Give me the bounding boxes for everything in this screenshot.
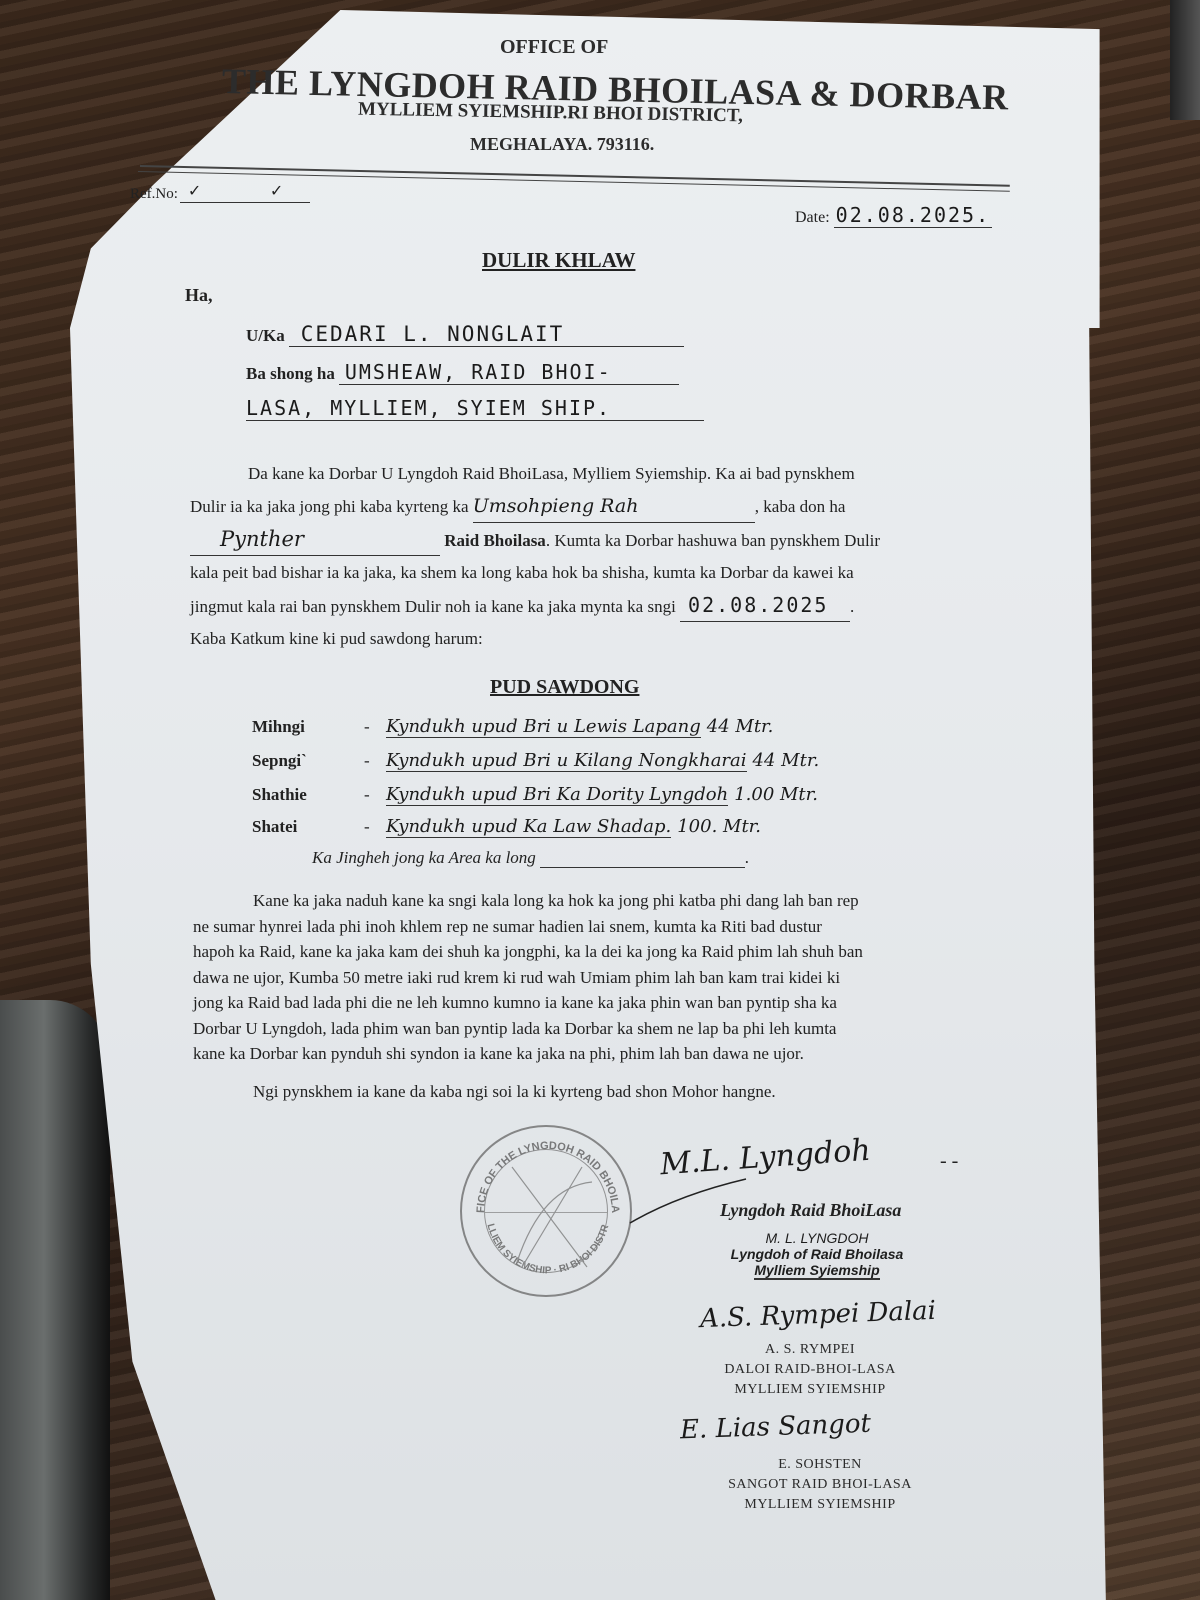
stamp-line: MYLLIEM SYIEMSHIP (710, 1495, 930, 1515)
raid-name: Raid Bhoilasa (444, 531, 546, 550)
para1-line3-text: . Kumta ka Dorbar hashuwa ban pynskhem D… (546, 531, 880, 550)
date: Date: 02.08.2025. (795, 203, 992, 227)
area-row: Ka Jingheh jong ka Area ka long . (312, 848, 749, 868)
closing-statement: Ngi pynskhem ia kane da kaba ngi soi la … (253, 1082, 776, 1102)
boundary-row-shathie: Shathie - Kyndukh upud Bri Ka Dority Lyn… (252, 784, 1032, 806)
boundary-direction: Shatei (252, 817, 364, 837)
para2-line: jong ka Raid bad lada phi die ne leh kum… (193, 990, 953, 1016)
ref-number: Ref.No:✓✓ (130, 186, 310, 203)
recipient-address-row2: LASA, MYLLIEM, SYIEM SHIP. (246, 396, 704, 421)
letterhead-office-of: OFFICE OF (500, 36, 608, 59)
para1-line2: Dulir ia ka jaka jong phi kaba kyrteng k… (190, 490, 935, 523)
para1-line6: Kaba Katkum kine ki pud sawdong harum: (190, 623, 935, 655)
boundary-direction: Mihngi (252, 717, 364, 737)
letterhead-address-line2: MEGHALAYA. 793116. (470, 134, 654, 155)
ref-field: ✓✓ (180, 189, 310, 203)
recipient-name-label: U/Ka (246, 326, 285, 345)
stamp-line: Mylliem Syiemship (754, 1262, 879, 1280)
village-value: Pynther (190, 523, 440, 556)
body-paragraph-1: Da kane ka Dorbar U Lyngdoh Raid BhoiLas… (190, 458, 935, 655)
boundary-length: 44 Mtr. (753, 750, 820, 771)
recipient-address-value-line1: UMSHEAW, RAID BHOI- (339, 360, 679, 385)
para2-line: Dorbar U Lyngdoh, lada phim wan ban pynt… (193, 1016, 953, 1042)
stamp-line: SANGOT RAID BHOI-LASA (710, 1475, 930, 1495)
document-title: DULIR KHLAW (482, 248, 635, 273)
boundary-description: Kyndukh upud Bri u Kilang Nongkharai (386, 750, 747, 772)
stamp-line: Lyngdoh of Raid Bhoilasa (722, 1246, 912, 1262)
background-object (0, 1000, 110, 1600)
boundary-direction: Sepngi` (252, 751, 364, 771)
signatory-3-stamp: E. SOHSTEN SANGOT RAID BHOI-LASA MYLLIEM… (710, 1455, 930, 1515)
signature-dash: - - (940, 1150, 958, 1173)
boundary-row-sepngi: Sepngi` - Kyndukh upud Bri u Kilang Nong… (252, 750, 1032, 772)
recipient-address-row: Ba shong ha UMSHEAW, RAID BHOI- (246, 360, 679, 385)
para1-line4: kala peit bad bishar ia ka jaka, ka shem… (190, 557, 935, 589)
svg-text:OFFICE OF THE LYNGDOH RAID BHO: OFFICE OF THE LYNGDOH RAID BHOILASA (462, 1127, 621, 1213)
check-mark-icon: ✓ (188, 181, 201, 200)
date-value: 02.08.2025. (834, 203, 992, 228)
boundaries-title: PUD SAWDONG (490, 676, 639, 699)
boundary-dash: - (364, 717, 386, 737)
area-value (540, 852, 745, 868)
boundary-length: 1.00 Mtr. (734, 784, 818, 805)
boundary-row-mihngi: Mihngi - Kyndukh upud Bri u Lewis Lapang… (252, 716, 1032, 738)
boundary-dash: - (364, 751, 386, 771)
para1-line2-suffix: , kaba don ha (755, 497, 846, 516)
boundary-direction: Shathie (252, 785, 364, 805)
signatory-2-stamp: A. S. RYMPEI DALOI RAID-BHOI-LASA MYLLIE… (700, 1340, 920, 1400)
salutation: Ha, (185, 285, 213, 306)
boundary-dash: - (364, 817, 386, 837)
recipient-address-value-line2: LASA, MYLLIEM, SYIEM SHIP. (246, 396, 704, 421)
body-paragraph-2: Kane ka jaka naduh kane ka sngi kala lon… (193, 888, 953, 1067)
para2-line: hapoh ka Raid, kane ka jaka kam dei shuh… (193, 939, 953, 965)
boundary-dash: - (364, 785, 386, 805)
para1-line1: Da kane ka Dorbar U Lyngdoh Raid BhoiLas… (190, 458, 935, 490)
para1-line5: jingmut kala rai ban pynskhem Dulir noh … (190, 589, 935, 623)
recipient-address-label: Ba shong ha (246, 364, 335, 383)
recipient-name-value: CEDARI L. NONGLAIT (289, 322, 684, 347)
boundary-length: 100. Mtr. (677, 816, 761, 837)
stamp-line: DALOI RAID-BHOI-LASA (700, 1360, 920, 1380)
para2-line: dawa ne ujor, Kumba 50 metre iaki rud kr… (193, 965, 953, 991)
ref-label: Ref.No: (130, 186, 178, 202)
para1-line5-text: jingmut kala rai ban pynskhem Dulir noh … (190, 597, 676, 616)
stamp-line: A. S. RYMPEI (700, 1340, 920, 1360)
para2-line: kane ka Dorbar kan pynduh shi syndon ia … (193, 1041, 953, 1067)
place-name-value: Umsohpieng Rah (473, 490, 755, 523)
stamp-line: E. SOHSTEN (710, 1455, 930, 1475)
boundary-description: Kyndukh upud Bri u Lewis Lapang (386, 716, 701, 738)
check-mark-icon: ✓ (270, 181, 283, 200)
issue-date-value: 02.08.2025 (680, 589, 850, 622)
recipient-name-row: U/Ka CEDARI L. NONGLAIT (246, 322, 684, 347)
para1-line3: Pynther Raid Bhoilasa. Kumta ka Dorbar h… (190, 523, 935, 557)
area-label: Ka Jingheh jong ka Area ka long (312, 848, 536, 867)
date-label: Date: (795, 209, 830, 226)
background-object (1170, 0, 1200, 120)
stamp-line: M. L. LYNGDOH (722, 1230, 912, 1246)
boundary-description: Kyndukh upud Bri Ka Dority Lyngdoh (386, 784, 728, 806)
stamp-line: MYLLIEM SYIEMSHIP (700, 1380, 920, 1400)
para2-line: Kane ka jaka naduh kane ka sngi kala lon… (193, 888, 953, 914)
para2-line: ne sumar hynrei lada phi inoh khlem rep … (193, 914, 953, 940)
official-seal: OFFICE OF THE LYNGDOH RAID BHOILASA MYLL… (460, 1125, 632, 1297)
seal-ring-text: OFFICE OF THE LYNGDOH RAID BHOILASA MYLL… (462, 1127, 634, 1299)
boundary-row-shatei: Shatei - Kyndukh upud Ka Law Shadap. 100… (252, 816, 1032, 838)
signatory-1-stamp: M. L. LYNGDOH Lyngdoh of Raid Bhoilasa M… (722, 1230, 912, 1280)
boundary-description: Kyndukh upud Ka Law Shadap. (386, 816, 671, 838)
boundary-length: 44 Mtr. (707, 716, 774, 737)
para1-line2-text: Dulir ia ka jaka jong phi kaba kyrteng k… (190, 497, 469, 516)
signatory-1-title: Lyngdoh Raid BhoiLasa (720, 1200, 901, 1221)
